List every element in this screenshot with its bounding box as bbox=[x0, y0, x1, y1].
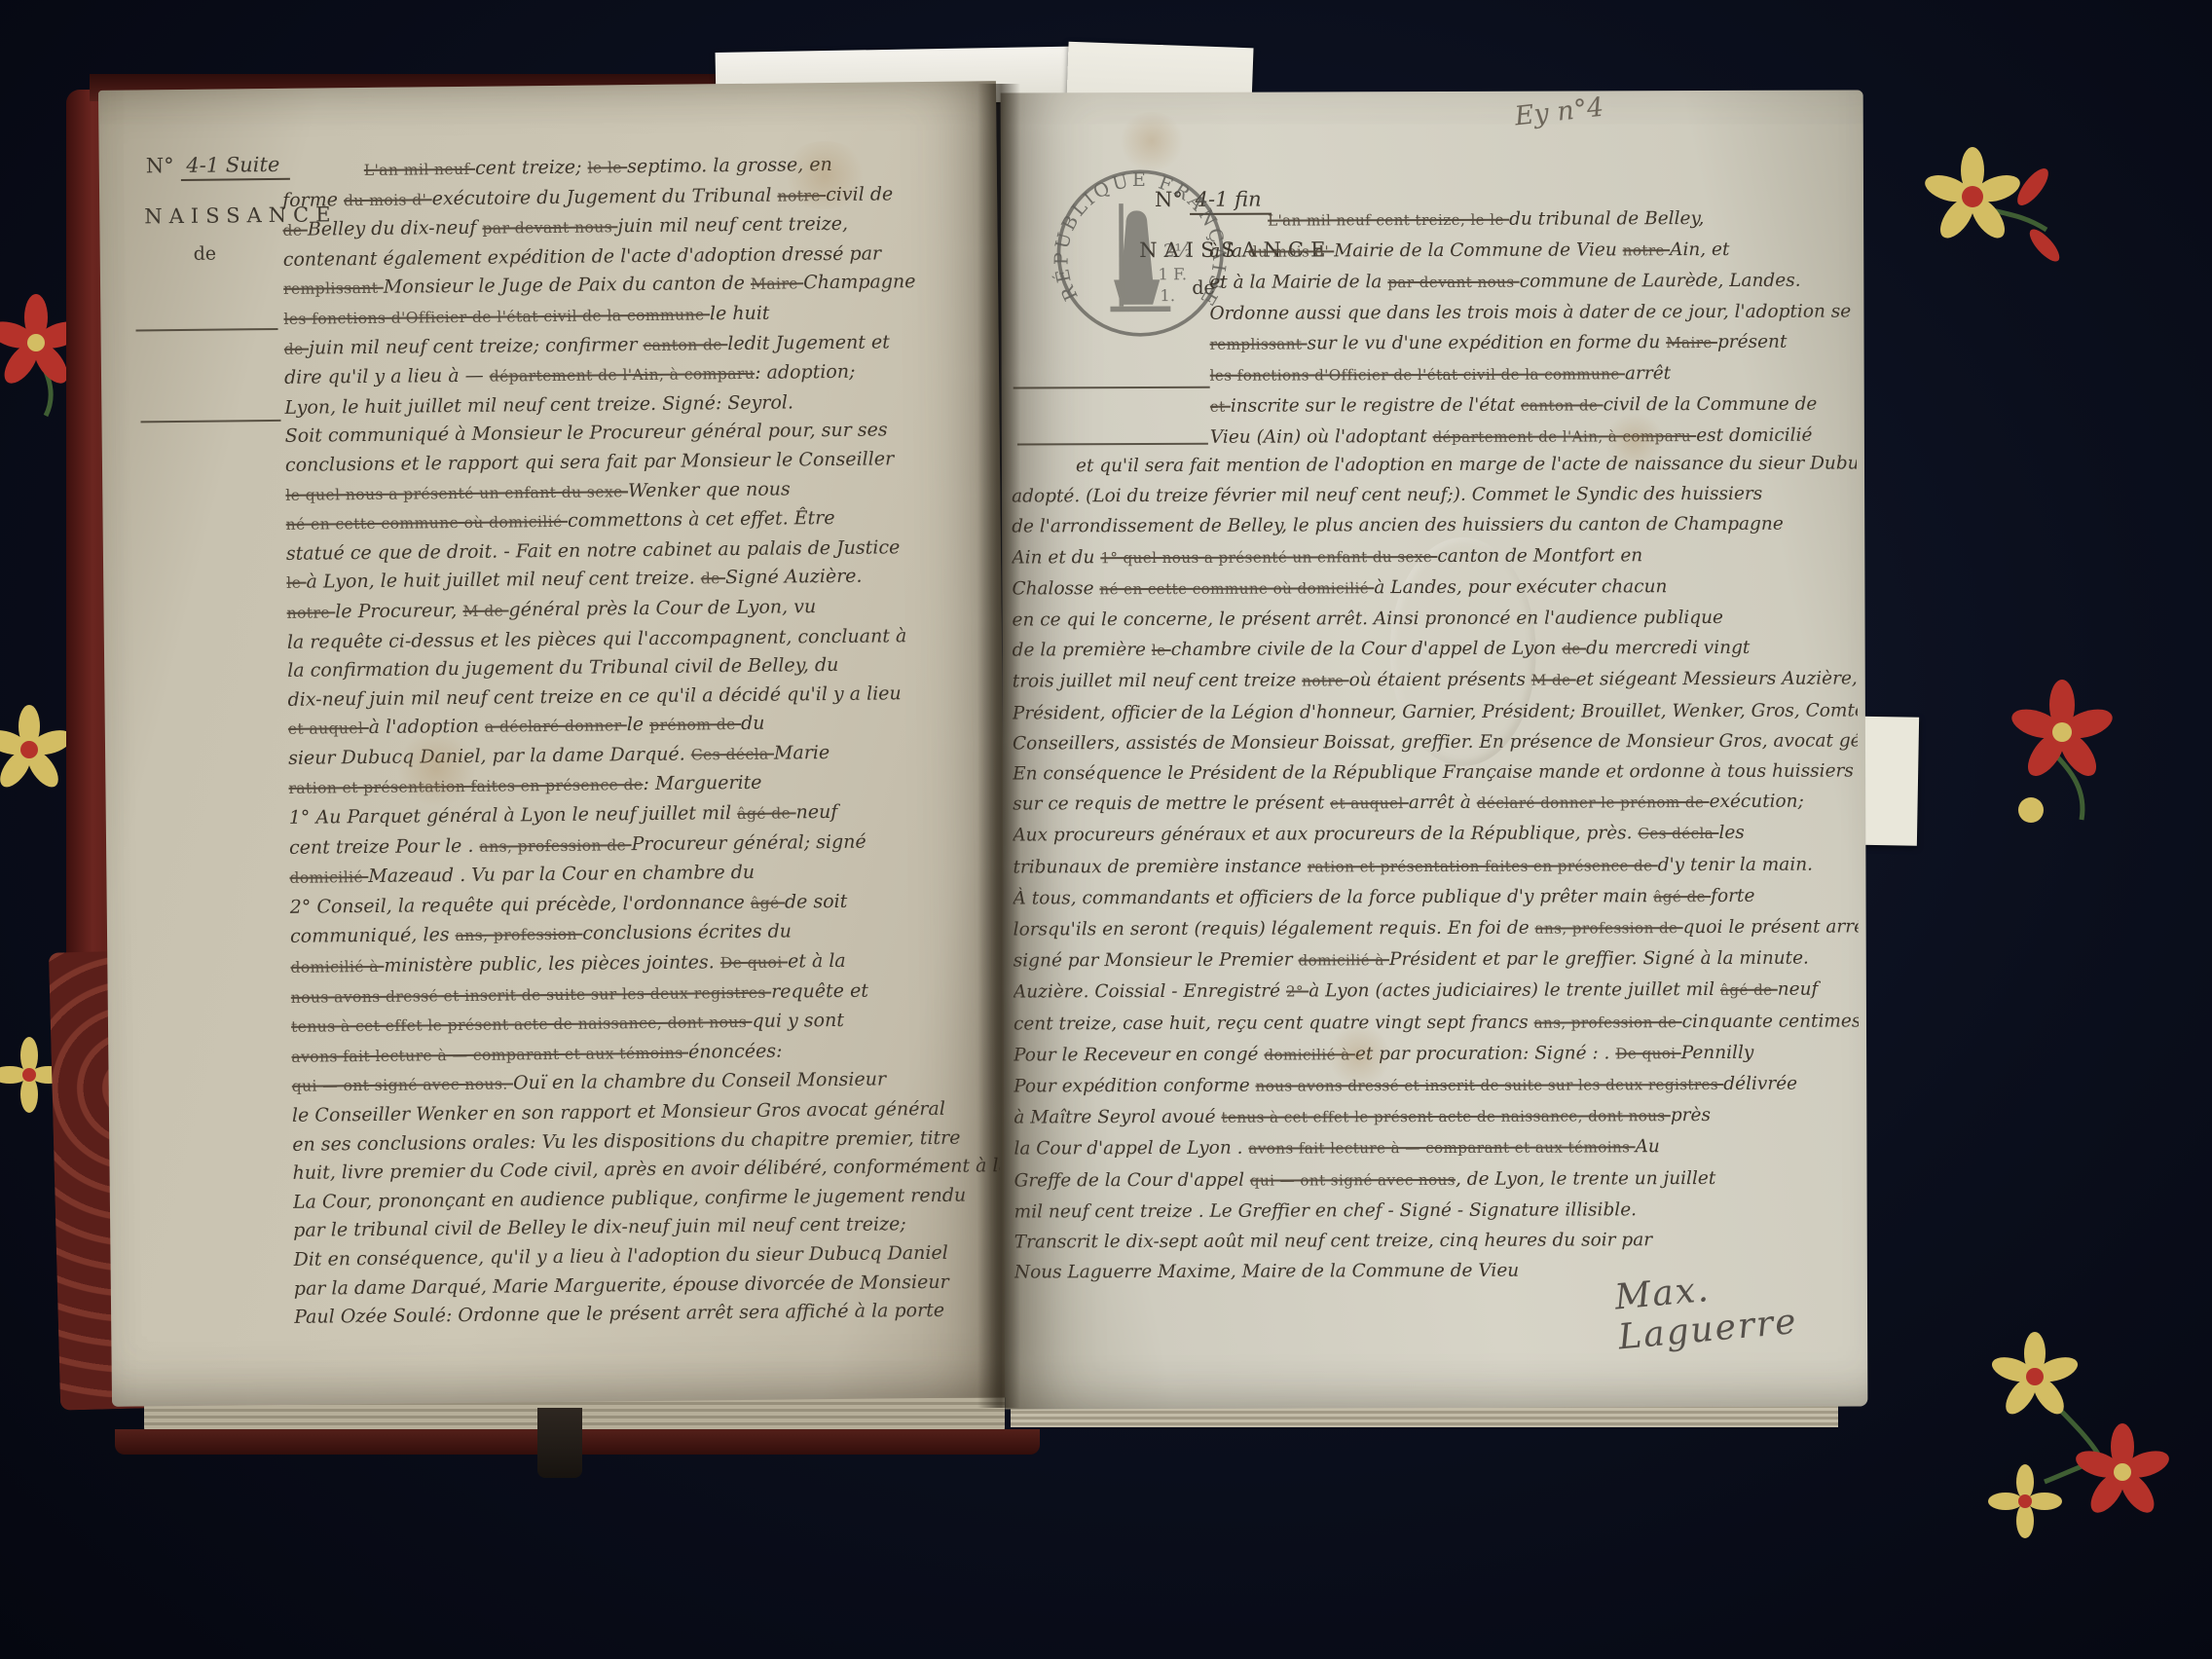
photograph-scene: N° 4-1 Suite NAISSANCE de L'an mil neuf … bbox=[0, 0, 2212, 1659]
act-number-label: N° bbox=[146, 154, 174, 177]
text-line: À tous, commandants et officiers de la f… bbox=[1013, 880, 1858, 914]
embroidered-flower-top-right bbox=[1916, 138, 2082, 304]
text-line: trois juillet mil neuf cent treize notre… bbox=[1013, 664, 1858, 698]
text-line: Ain et du 1° quel nous a présenté un enf… bbox=[1012, 539, 1857, 573]
text-line: à la du mois d' Mairie de la Commune de … bbox=[1209, 234, 1852, 267]
text-line: et inscrite sur le registre de l'état ca… bbox=[1210, 388, 1853, 422]
text-line: Pour le Receveur en congé domicilié à et… bbox=[1014, 1037, 1859, 1071]
text-line: lorsqu'ils en seront (requis) légalement… bbox=[1014, 912, 1859, 946]
text-line: et qu'il sera fait mention de l'adoption… bbox=[1012, 448, 1857, 481]
stamp-value-top: 2½ bbox=[1163, 241, 1192, 262]
stamp-value-mid: 1 F. bbox=[1158, 265, 1187, 283]
text-line: cent treize, case huit, reçu cent quatre… bbox=[1014, 1006, 1859, 1040]
embroidered-flower-right-middle bbox=[1994, 664, 2169, 849]
text-line: Auzière. Coissial - Enregistré 2° à Lyon… bbox=[1014, 975, 1859, 1009]
text-line: Chalosse né en cette commune où domicili… bbox=[1012, 571, 1857, 605]
text-line: à Maître Seyrol avoué tenus à cet effet … bbox=[1014, 1100, 1859, 1134]
text-line: les fonctions d'Officier de l'état civil… bbox=[1210, 357, 1853, 390]
text-line: Ordonne aussi que dans les trois mois à … bbox=[1209, 296, 1852, 328]
text-line: remplissant sur le vu d'une expédition e… bbox=[1209, 326, 1852, 359]
text-line: de l'arrondissement de Belley, le plus a… bbox=[1012, 509, 1857, 542]
naissance-of-left: de bbox=[194, 243, 217, 265]
text-line: Président, officier de la Légion d'honne… bbox=[1013, 695, 1858, 728]
left-page-text: L'an mil neuf cent treize; le le septimo… bbox=[282, 149, 1002, 1332]
text-line: mil neuf cent treize . Le Greffier en ch… bbox=[1014, 1194, 1860, 1227]
right-page-text-main: et qu'il sera fait mention de l'adoption… bbox=[1012, 448, 1860, 1288]
text-line: L'an mil neuf cent treize, le le du trib… bbox=[1209, 203, 1852, 236]
stamp-value-bottom: 1. bbox=[1160, 286, 1175, 305]
embroidered-flower-bottom-right bbox=[1976, 1316, 2210, 1550]
text-line: Aux procureurs généraux et aux procureur… bbox=[1013, 818, 1858, 852]
foxing-stain bbox=[1118, 112, 1186, 170]
text-line: et à la Mairie de la par devant nous com… bbox=[1209, 265, 1852, 298]
text-line: Greffe de la Cour d'appel qui — ont sign… bbox=[1014, 1162, 1859, 1197]
book-gutter-shadow bbox=[977, 84, 1020, 1408]
text-line: en ce qui le concerne, le présent arrêt.… bbox=[1012, 602, 1857, 635]
right-page-text-upper: L'an mil neuf cent treize, le le du trib… bbox=[1209, 203, 1853, 453]
registry-left-page: N° 4-1 Suite NAISSANCE de L'an mil neuf … bbox=[98, 81, 1010, 1407]
text-line: la Cour d'appel de Lyon . avons fait lec… bbox=[1014, 1131, 1859, 1165]
bookmark-ribbon bbox=[537, 1408, 582, 1478]
act-number-left: N° 4-1 Suite bbox=[146, 153, 290, 178]
registry-right-page: Ey n°4 N° 4-1 fin NAISSANCE de RÉPUBLIQU… bbox=[1001, 90, 1868, 1409]
text-line: signé par Monsieur le Premier domicilié … bbox=[1014, 943, 1859, 977]
text-line: En conséquence le Président de la Républ… bbox=[1013, 756, 1858, 790]
text-line: sur ce requis de mettre le présent et au… bbox=[1013, 787, 1858, 821]
text-line: Conseillers, assistés de Monsieur Boissa… bbox=[1013, 725, 1858, 758]
margin-rule bbox=[141, 420, 281, 424]
republique-francaise-revenue-stamp: RÉPUBLIQUE FRANÇAISE 2½ 1 F. 1. bbox=[1051, 165, 1230, 343]
text-line: adopté. (Loi du treize février mil neuf … bbox=[1012, 479, 1857, 512]
act-number-value: 4-1 Suite bbox=[180, 153, 289, 181]
pencil-annotation: Ey n°4 bbox=[1513, 92, 1604, 132]
text-line: Transcrit le dix-sept août mil neuf cent… bbox=[1014, 1225, 1860, 1258]
margin-rule bbox=[1014, 387, 1210, 389]
text-line: tribunaux de première instance ration et… bbox=[1013, 849, 1858, 883]
margin-rule bbox=[1017, 443, 1208, 446]
text-line: Paul Ozée Soulé: Ordonne que le présent … bbox=[294, 1296, 1001, 1332]
text-line: de la première le chambre civile de la C… bbox=[1013, 633, 1858, 667]
text-line: Pour expédition conforme nous avons dres… bbox=[1014, 1069, 1859, 1103]
margin-rule bbox=[136, 328, 278, 332]
